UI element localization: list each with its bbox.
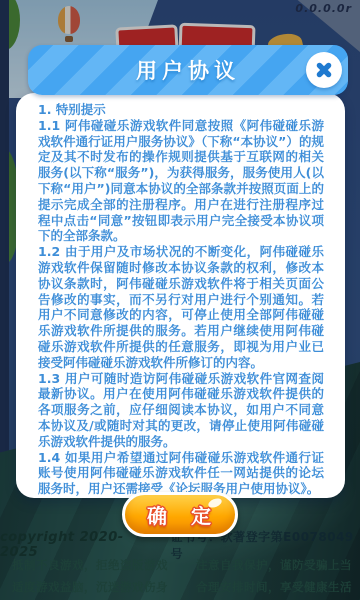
dialog-title: 用户协议 — [136, 55, 240, 85]
confirm-button[interactable]: 确 定 — [122, 492, 238, 537]
advisory-line: 合理安排时间，享受健康生活 — [196, 579, 352, 595]
agreement-paragraph: 1.3 用户可随时造访阿伟碰碰乐游戏软件官网查阅最新协议。用户在使用阿伟碰碰乐游… — [38, 371, 324, 450]
confirm-button-label: 确 定 — [147, 500, 213, 529]
close-button[interactable] — [306, 52, 342, 88]
version-label: 0.0.0.0r — [295, 2, 352, 15]
agreement-paragraph: 1.1 阿伟碰碰乐游戏软件同意按照《阿伟碰碰乐游戏软件通行证用户服务协议》（下称… — [38, 118, 324, 244]
copyright-text: copyright 2020-2025 — [0, 530, 157, 560]
advisory-line: 适度游戏益脑，沉迷游戏伤身 — [12, 579, 168, 595]
close-icon — [314, 60, 334, 80]
advisory-left-column: 抵制不良游戏，拒绝盗版游戏 适度游戏益脑，沉迷游戏伤身 — [12, 557, 168, 600]
advisory-line: 注意自我保护，谨防受骗上当 — [196, 557, 352, 573]
advisory-line: 抵制不良游戏，拒绝盗版游戏 — [12, 557, 168, 573]
agreement-paragraph: 1.4 如果用户希望通过阿伟碰碰乐游戏软件通行证账号使用阿伟碰碰乐游戏软件任一网… — [38, 450, 324, 497]
screen: 0.0.0.0r copyright 2020-2025 证书号：软著登字第E0… — [0, 0, 360, 600]
health-advisory: 抵制不良游戏，拒绝盗版游戏 适度游戏益脑，沉迷游戏伤身 注意自我保护，谨防受骗上… — [12, 557, 352, 600]
user-agreement-dialog-header: 用户协议 — [28, 45, 348, 95]
agreement-heading: 1. 特别提示 — [38, 102, 324, 118]
agreement-paragraph: 1.2 由于用户及市场状况的不断变化，阿伟碰碰乐游戏软件保留随时修改本协议条款的… — [38, 244, 324, 370]
advisory-right-column: 注意自我保护，谨防受骗上当 合理安排时间，享受健康生活 — [196, 557, 352, 600]
agreement-text-panel[interactable]: 1. 特别提示 1.1 阿伟碰碰乐游戏软件同意按照《阿伟碰碰乐游戏软件通行证用户… — [16, 93, 345, 498]
